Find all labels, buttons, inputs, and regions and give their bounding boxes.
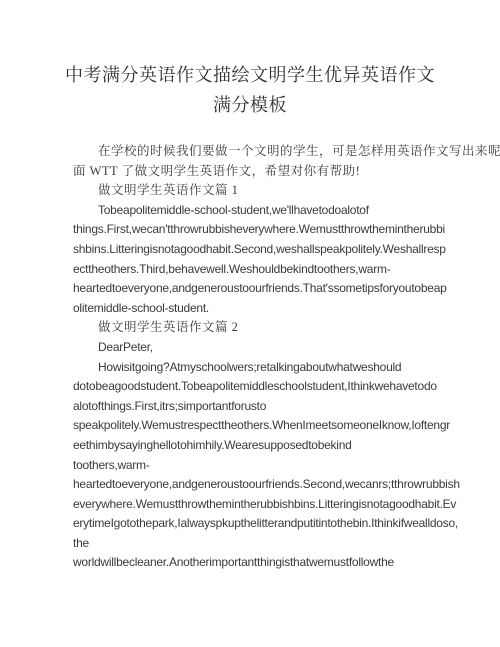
text-line: heartedtoeveryone,andgeneroustoourfriend… <box>73 279 443 299</box>
text-line: worldwillbecleaner.Anotherimportantthing… <box>73 553 443 573</box>
text-line: 面 WTT 了做文明学生英语作文，希望对你有帮助! <box>73 162 443 182</box>
text-line: eethimbysayinghellotohimhily.Wearesuppos… <box>73 436 443 456</box>
text-line: 在学校的时候我们要做一个文明的学生，可是怎样用英语作文写出来呢？下 <box>73 142 443 162</box>
document-page: 中考满分英语作文描绘文明学生优异英语作文 满分模板 在学校的时候我们要做一个文明… <box>0 0 500 647</box>
text-line: Howisitgoing?Atmyschoolwers;retalkingabo… <box>73 358 443 378</box>
text-line: olitemiddle-school-student. <box>73 299 443 319</box>
text-line: heartedtoeveryone,andgeneroustoourfriend… <box>73 475 443 495</box>
text-line: dotobeagoodstudent.Tobeapolitemiddlescho… <box>73 377 443 397</box>
document-body: 在学校的时候我们要做一个文明的学生，可是怎样用英语作文写出来呢？下面 WTT 了… <box>73 142 443 573</box>
text-line: speakpolitely.Wemustrespecttheothers.Whe… <box>73 416 443 436</box>
text-line: ecttheothers.Third,behavewell.Weshouldbe… <box>73 260 443 280</box>
document-title-line-2: 满分模板 <box>0 90 500 120</box>
text-line: Tobeapolitemiddle-school-student,we'llha… <box>73 201 443 221</box>
text-line: 做文明学生英语作文篇 2 <box>73 318 443 338</box>
document-title-line-1: 中考满分英语作文描绘文明学生优异英语作文 <box>0 60 500 90</box>
document-title: 中考满分英语作文描绘文明学生优异英语作文 满分模板 <box>0 60 500 120</box>
text-line: things.First,wecan'tthrowrubbisheverywhe… <box>73 220 443 240</box>
text-line: erytimeIgotothepark,Ialwayspkupthelitter… <box>73 514 443 534</box>
text-line: the <box>73 534 443 554</box>
text-line: DearPeter, <box>73 338 443 358</box>
text-line: 做文明学生英语作文篇 1 <box>73 181 443 201</box>
text-line: toothers,warm- <box>73 456 443 476</box>
text-line: everywhere.Wemustthrowthemintherubbishbi… <box>73 495 443 515</box>
text-line: shbins.Litteringisnotagoodhabit.Second,w… <box>73 240 443 260</box>
text-line: alotofthings.First,itrs;simportantforust… <box>73 397 443 417</box>
